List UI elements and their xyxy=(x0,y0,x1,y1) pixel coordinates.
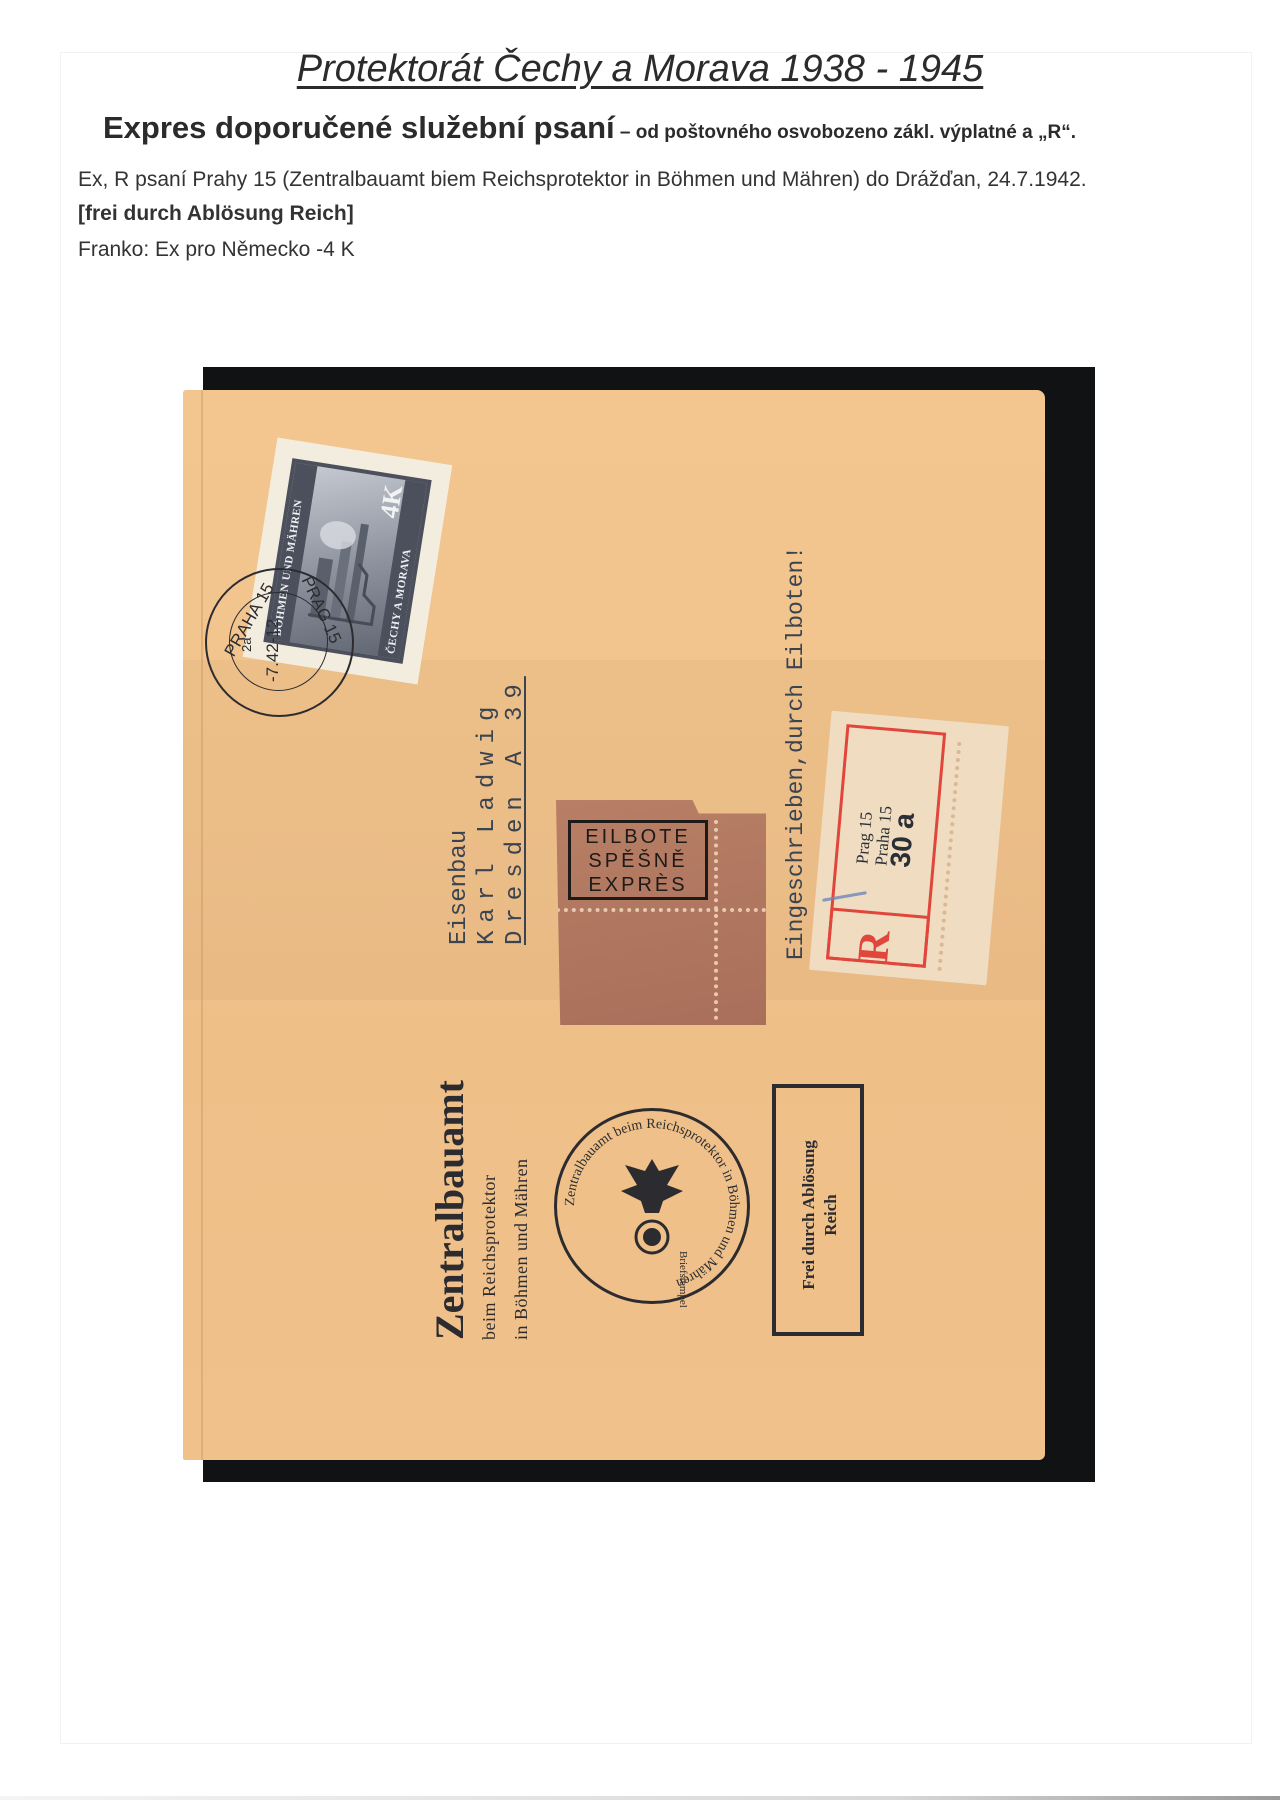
frei-line-2: Reich xyxy=(820,1110,842,1320)
seal-inner-text: Briefstempel xyxy=(677,1251,689,1308)
postmark-date: -7.42-12 xyxy=(263,619,283,682)
express-label-box: EILBOTE SPĚŠNĚ EXPRÈS xyxy=(568,820,708,900)
frei-durch-abloesung-box: Frei durch Ablösung Reich xyxy=(772,1084,864,1336)
frei-line-1: Frei durch Ablösung xyxy=(798,1110,820,1320)
subtitle-main: Expres doporučené služební psaní xyxy=(103,110,615,145)
page-title: Protektorát Čechy a Morava 1938 - 1945 xyxy=(0,48,1280,91)
address-line-3: Dresden A 39 xyxy=(502,676,530,945)
address-line-1: Eisenbau xyxy=(446,676,474,945)
subtitle-note: – od poštovného osvobozeno zákl. výplatn… xyxy=(615,122,1076,143)
registration-letter-box: R xyxy=(826,907,930,968)
express-line-2: SPĚŠNĚ xyxy=(571,849,705,873)
express-label: EILBOTE SPĚŠNĚ EXPRÈS xyxy=(556,800,766,1025)
cover-endorsement: [frei durch Ablösung Reich] xyxy=(78,202,354,226)
registration-number: 30 a xyxy=(890,807,914,868)
official-seal: Zentralbauamt beim Reichsprotektor in Bö… xyxy=(554,1108,750,1304)
delivery-instruction: Eingeschrieben,durch Eilboten! xyxy=(782,546,810,960)
address-line-2: Karl Ladwig xyxy=(474,676,502,945)
cover-description: Ex, R psaní Prahy 15 (Zentralbauamt biem… xyxy=(78,168,1087,192)
express-line-1: EILBOTE xyxy=(571,825,705,849)
express-perforation-vertical xyxy=(714,820,718,1020)
page-subtitle: Expres doporučené služební psaní – od po… xyxy=(103,110,1076,146)
postmark-code: 2a xyxy=(239,638,254,652)
frei-box-text: Frei durch Ablösung Reich xyxy=(798,1110,842,1320)
cover-franking: Franko: Ex pro Německo -4 K xyxy=(78,238,355,262)
registration-label: R Prag 15 Praha 15 30 a xyxy=(809,711,1009,986)
registration-label-text: Prag 15 Praha 15 30 a xyxy=(852,803,914,868)
express-perforation-horizontal xyxy=(556,908,766,912)
sender-imprint: Zentralbauamt beim Reichsprotektor in Bö… xyxy=(426,1080,537,1340)
express-line-3: EXPRÈS xyxy=(571,873,705,897)
scan-bottom-edge xyxy=(0,1796,1280,1800)
recipient-address: Eisenbau Karl Ladwig Dresden A 39 xyxy=(446,676,530,945)
postmark: PRAHA 15 PRAG 15 -7.42-12 2a xyxy=(205,568,354,717)
eagle-emblem-icon xyxy=(615,1151,689,1261)
sender-line-2: beim Reichsprotektor xyxy=(473,1080,505,1340)
sender-line-3: in Böhmen und Mähren xyxy=(505,1080,537,1340)
sender-name: Zentralbauamt xyxy=(426,1080,473,1340)
registration-letter: R xyxy=(851,929,898,964)
